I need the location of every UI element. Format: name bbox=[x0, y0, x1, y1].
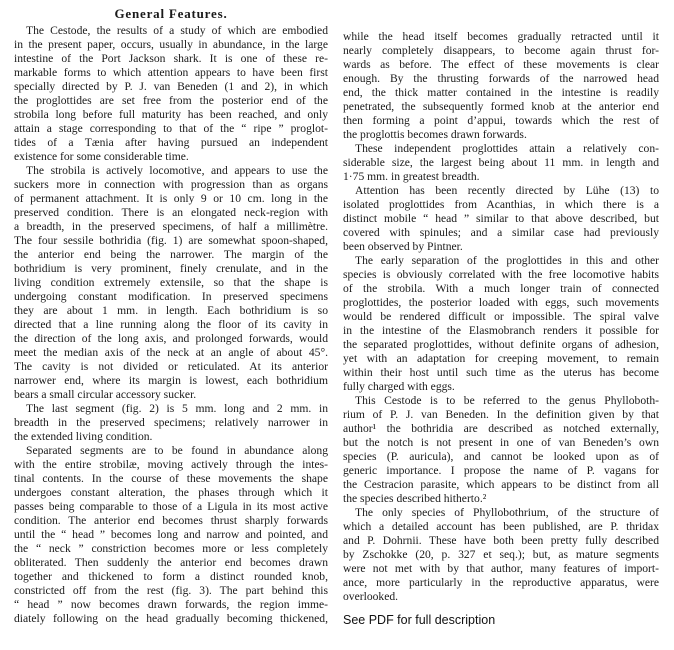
text-line: The four sessile bothridia (fig. 1) are … bbox=[14, 234, 328, 248]
text-line: The early separation of the proglottides… bbox=[343, 254, 659, 268]
text-line: they are about 1 mm. in length. Each bot… bbox=[14, 304, 328, 318]
text-line: diately following on the head gradually … bbox=[14, 612, 328, 626]
text-line: meet the median axis of the neck at an a… bbox=[14, 346, 328, 360]
text-line: existence for some considerable time. bbox=[14, 150, 328, 164]
text-line: markable forms to which attention appear… bbox=[14, 66, 328, 80]
text-line: enough. By the thrusting forwards of the… bbox=[343, 72, 659, 86]
text-line: a breadth, in the preserved specimens, o… bbox=[14, 220, 328, 234]
text-line: together and thickened to form a distinc… bbox=[14, 570, 328, 584]
text-line: the direction of the long axis, and prol… bbox=[14, 332, 328, 346]
text-line: while the head itself becomes gradually … bbox=[343, 30, 659, 44]
text-line: within their host until such time as the… bbox=[343, 366, 659, 380]
text-line: preserved condition. There is an elongat… bbox=[14, 206, 328, 220]
text-line: of permanent attachment. It is only 9 or… bbox=[14, 192, 328, 206]
text-line: intestine of the Port Jackson shark. It … bbox=[14, 52, 328, 66]
text-line: until the “ head ” becomes long and narr… bbox=[14, 528, 328, 542]
text-line: Separated segments are to be found in ab… bbox=[14, 444, 328, 458]
text-line: undergoing constant modification. In pre… bbox=[14, 290, 328, 304]
text-line: nearly completely disappears, to become … bbox=[343, 44, 659, 58]
text-line: ance, more particularly in the reproduct… bbox=[343, 576, 659, 590]
text-line: would be rendered difficult or impossibl… bbox=[343, 310, 659, 324]
text-line: These independent proglottides attain a … bbox=[343, 142, 659, 156]
text-line: fully charged with eggs. bbox=[343, 380, 659, 394]
text-line: in the intestine of the Elasmobranch ren… bbox=[343, 324, 659, 338]
text-line: overlooked. bbox=[343, 590, 659, 604]
text-line: The Cestode, the results of a study of w… bbox=[14, 24, 328, 38]
text-line: passes being comparable to those of a Li… bbox=[14, 500, 328, 514]
text-line: of the strobila. With a much longer trai… bbox=[343, 282, 659, 296]
text-line: suckers more in connection with progress… bbox=[14, 178, 328, 192]
text-line: constricted off from the rest (fig. 3). … bbox=[14, 584, 328, 598]
text-line: tinal contents. In the course of these m… bbox=[14, 472, 328, 486]
right-column: while the head itself becomes gradually … bbox=[343, 30, 659, 604]
text-line: 1·75 mm. in greatest breadth. bbox=[343, 170, 659, 184]
text-line: but the notch is not present in one of v… bbox=[343, 436, 659, 450]
text-line: bears a small circular accessory sucker. bbox=[14, 388, 328, 402]
text-line: the separated proglottides, without defi… bbox=[343, 338, 659, 352]
text-line: the “ neck ” constriction becomes more o… bbox=[14, 542, 328, 556]
text-line: The only species of Phyllobothrium, of t… bbox=[343, 506, 659, 520]
text-line: tides of a Tænia after having pursued an… bbox=[14, 136, 328, 150]
text-line: end, the thick matter contained in the i… bbox=[343, 86, 659, 100]
text-line: rium of P. J. van Beneden. In the defini… bbox=[343, 408, 659, 422]
text-line: Attention has been recently directed by … bbox=[343, 184, 659, 198]
text-line: isolated proglottides from Acanthias, in… bbox=[343, 198, 659, 212]
text-line: distinct mobile “ head ” similar to that… bbox=[343, 212, 659, 226]
text-line: species (P. auricula), and cannot be loo… bbox=[343, 450, 659, 464]
text-line: species is obviously correlated with the… bbox=[343, 268, 659, 282]
text-line: The cavity is not divided or reticulated… bbox=[14, 360, 328, 374]
text-line: condition. The anterior end becomes thru… bbox=[14, 514, 328, 528]
text-line: covered with spinules; and a similar cas… bbox=[343, 226, 659, 240]
text-line: the proglottides are set free from the p… bbox=[14, 94, 328, 108]
text-line: strobila long before full maturity has b… bbox=[14, 108, 328, 122]
text-line: “ head ” now becomes drawn forwards, the… bbox=[14, 598, 328, 612]
text-line: attain a stage corresponding to that of … bbox=[14, 122, 328, 136]
text-line: were not met with by that author, many f… bbox=[343, 562, 659, 576]
text-line: specially directed by P. J. van Beneden … bbox=[14, 80, 328, 94]
text-line: wards as before. The effect of these mov… bbox=[343, 58, 659, 72]
see-pdf-note: See PDF for full description bbox=[343, 613, 495, 627]
text-line: bothridium is very prominent, finely cre… bbox=[14, 262, 328, 276]
text-line: proglottides, the posterior loaded with … bbox=[343, 296, 659, 310]
text-line: the extended living condition. bbox=[14, 430, 328, 444]
text-line: been observed by Pintner. bbox=[343, 240, 659, 254]
text-line: the Cestracion parasite, which appears t… bbox=[343, 478, 659, 492]
left-column-body: The Cestode, the results of a study of w… bbox=[14, 24, 328, 626]
text-line: the anterior end being the narrower. The… bbox=[14, 248, 328, 262]
text-line: and P. Dohrnii. These have both been pre… bbox=[343, 534, 659, 548]
text-line: which a detailed account has been publis… bbox=[343, 520, 659, 534]
text-line: The last segment (fig. 2) is 5 mm. long … bbox=[14, 402, 328, 416]
text-line: author¹ the bothridia are described as n… bbox=[343, 422, 659, 436]
text-line: directed that a line running along the f… bbox=[14, 318, 328, 332]
text-line: The strobila is actively locomotive, and… bbox=[14, 164, 328, 178]
text-line: the proglottis becomes drawn forwards. bbox=[343, 128, 659, 142]
text-line: siderable size, the largest being about … bbox=[343, 156, 659, 170]
text-line: the species described hitherto.² bbox=[343, 492, 659, 506]
text-line: in the present paper, occurs, usually in… bbox=[14, 38, 328, 52]
text-line: breadth in the preserved specimens; rela… bbox=[14, 416, 328, 430]
text-line: by Zschokke (20, p. 327 et seq.); but, a… bbox=[343, 548, 659, 562]
text-line: penetrated, the subsequently formed knob… bbox=[343, 100, 659, 114]
section-heading: General Features. bbox=[14, 6, 328, 22]
text-line: obliterated. Then suddenly the anterior … bbox=[14, 556, 328, 570]
text-line: narrower end, where its margin is lowest… bbox=[14, 374, 328, 388]
text-line: This Cestode is to be referred to the ge… bbox=[343, 394, 659, 408]
text-line: then forming a point d’appui, towards wh… bbox=[343, 114, 659, 128]
text-line: yet with an adaptation for creeping move… bbox=[343, 352, 659, 366]
text-line: with the entire strobilæ, moving activel… bbox=[14, 458, 328, 472]
text-line: generic importance. I propose the name o… bbox=[343, 464, 659, 478]
text-line: living condition extremely extensile, so… bbox=[14, 276, 328, 290]
text-line: undergoes constant alteration, the phase… bbox=[14, 486, 328, 500]
